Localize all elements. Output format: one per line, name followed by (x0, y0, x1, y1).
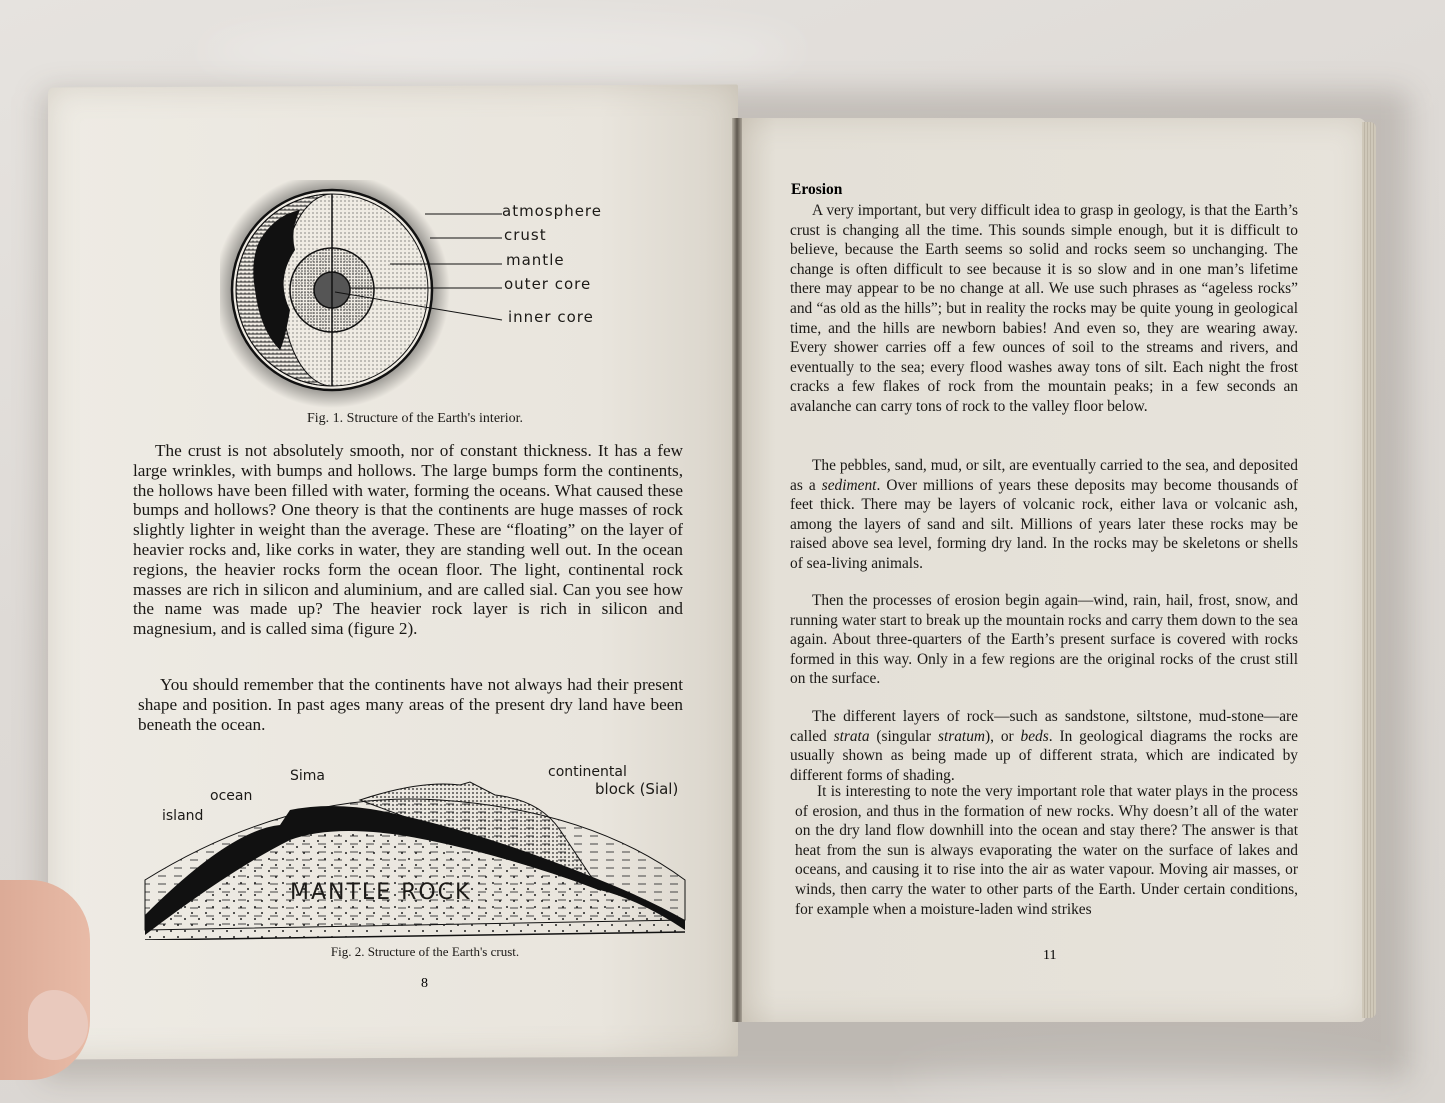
label-block-sial: block (Sial) (595, 780, 678, 798)
right-paragraph-2: The pebbles, sand, mud, or silt, are eve… (790, 456, 1298, 574)
book-gutter (732, 118, 742, 1022)
page-edges (1362, 122, 1376, 1018)
label-atmosphere: atmosphere (502, 202, 602, 220)
text: ), or (985, 728, 1021, 745)
figure1-caption: Fig. 1. Structure of the Earth's interio… (255, 411, 575, 427)
label-island: island (162, 808, 203, 824)
label-crust: crust (504, 226, 547, 244)
label-inner-core: inner core (508, 308, 594, 326)
figure-earth-interior: atmosphere crust mantle outer core inner… (220, 180, 620, 410)
right-paragraph-4: The different layers of rock—such as san… (790, 707, 1298, 785)
section-heading-erosion: Erosion (791, 181, 842, 199)
right-paragraph-5: It is interesting to note the very impor… (795, 782, 1298, 919)
right-paragraph-1: A very important, but very difficult ide… (790, 201, 1298, 417)
label-ocean: ocean (210, 788, 252, 804)
label-mantle: mantle (506, 251, 565, 269)
right-paragraph-3: Then the processes of erosion begin agai… (790, 591, 1298, 689)
label-outer-core: outer core (504, 275, 591, 293)
right-page-number: 11 (1043, 948, 1056, 964)
label-mantle-rock: MANTLE ROCK (290, 880, 471, 905)
left-paragraph-1-text: The crust is not absolutely smooth, nor … (133, 441, 683, 638)
left-paragraph-1: The crust is not absolutely smooth, nor … (133, 441, 683, 639)
emphasis-strata: strata (834, 728, 870, 745)
figure2-caption: Fig. 2. Structure of the Earth's crust. (275, 944, 575, 960)
emphasis-beds: beds (1021, 728, 1049, 745)
text: (singular (870, 728, 938, 745)
emphasis-stratum: stratum (938, 728, 985, 745)
left-paragraph-2-text: You should remember that the continents … (138, 675, 683, 734)
cloth-highlight (200, 20, 800, 80)
label-continental: continental (548, 764, 627, 780)
left-paragraph-2: You should remember that the continents … (138, 675, 683, 734)
right-paragraph-1-text: A very important, but very difficult ide… (790, 202, 1298, 415)
left-page-number: 8 (421, 976, 428, 992)
right-paragraph-3-text: Then the processes of erosion begin agai… (790, 592, 1298, 687)
emphasis-sediment: sediment (822, 477, 877, 494)
figure-earth-crust: Sima ocean island continental block (Sia… (140, 760, 690, 940)
label-sima: Sima (290, 768, 325, 784)
right-paragraph-5-text: It is interesting to note the very impor… (795, 783, 1298, 918)
